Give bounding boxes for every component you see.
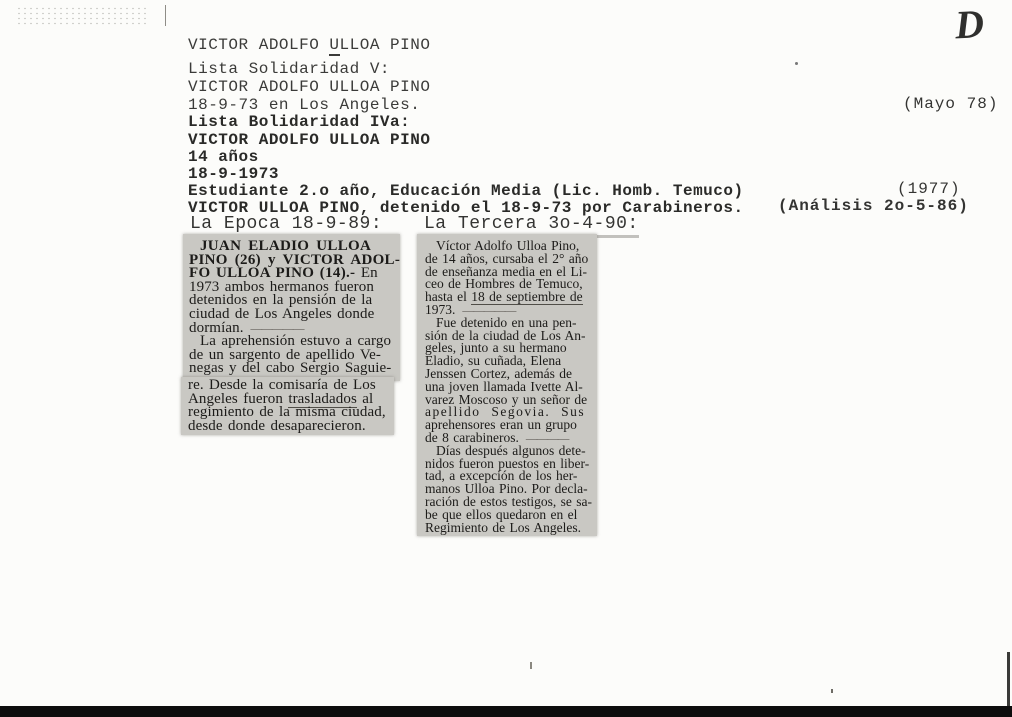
- annotation-mayo-78: (Mayo 78): [903, 95, 998, 113]
- handwritten-letter-d: D: [954, 0, 1008, 49]
- clipping-la-epoca-bottom: re. Desde la comisaría de Los Angeles fu…: [181, 377, 394, 435]
- scan-noise-speckles: [16, 6, 146, 26]
- scanned-document-page: D VICTOR ADOLFO ULLOA PINO Lista Solidar…: [0, 0, 1012, 717]
- scan-speck: [795, 62, 798, 65]
- clipping-la-tercera: Víctor Adolfo Ulloa Pino, de 14 años, cu…: [417, 234, 597, 536]
- typed-line-name: VICTOR ADOLFO ULLOA PINO: [188, 78, 430, 96]
- typed-line-student: Estudiante 2.o año, Educación Media (Lic…: [188, 182, 744, 200]
- typed-line-age: 14 años: [188, 148, 259, 166]
- typed-title-line: VICTOR ADOLFO ULLOA PINO: [188, 36, 430, 54]
- clipping-la-epoca-top: JUAN ELADIO ULLOA PINO (26) y VICTOR ADO…: [183, 234, 400, 381]
- news-line: desde donde desaparecieron.: [188, 420, 394, 434]
- scan-bottom-bar: [0, 706, 1012, 717]
- typed-line-lista-v: Lista Solidaridad V:: [188, 60, 390, 78]
- title-text: VICTOR ADOLFO: [188, 36, 329, 54]
- scan-speck: [530, 662, 532, 669]
- typed-line-date: 18-9-1973: [188, 165, 279, 183]
- annotation-analisis: (Análisis 2o-5-86): [778, 197, 969, 215]
- news-line: negas y del cabo Sergio Saguie-: [189, 362, 398, 376]
- typed-line-date-place: 18-9-73 en Los Angeles.: [188, 96, 420, 114]
- typed-line-lista-iva: Lista Bolidaridad IVa:: [188, 113, 410, 131]
- scan-speck: [831, 689, 833, 693]
- title-text: LLOA PINO: [340, 36, 431, 54]
- news-line: Regimiento de Los Angeles.: [425, 522, 597, 535]
- typed-line-name: VICTOR ADOLFO ULLOA PINO: [188, 131, 430, 149]
- title-underlined-char: U: [329, 36, 339, 56]
- scan-tick-mark: [165, 5, 166, 26]
- annotation-1977: (1977): [897, 180, 961, 198]
